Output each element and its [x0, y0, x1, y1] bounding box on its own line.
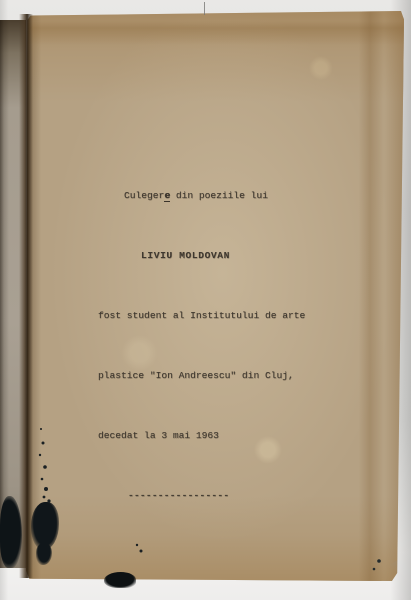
scratch-mark [204, 2, 205, 15]
typed-line-2-name: LIVIU MOLDOVAN [141, 246, 305, 266]
typed-line-4: plastice "Ion Andreescu" din Cluj, [98, 366, 305, 386]
worn-corner-patch [381, 546, 411, 588]
book-photo: Culegere din poeziile lui LIVIU MOLDOVAN… [0, 0, 411, 600]
typed-line-1: Culegere din poeziile lui [124, 186, 305, 206]
typed-line-3: fost student al Institutului de arte [98, 306, 305, 326]
typed-divider-line: ----------------- [128, 486, 305, 506]
book-gutter-crease [19, 14, 33, 578]
typed-dedication-block: Culegere din poeziile lui LIVIU MOLDOVAN… [98, 146, 305, 546]
line1-suffix: din poeziile lui [170, 190, 268, 201]
typed-line-5: decedat la 3 mai 1963 [98, 426, 305, 446]
ink-stain-bottom-edge [104, 572, 136, 588]
line1-prefix: Culeger [124, 190, 164, 201]
ink-speck-trail [40, 428, 42, 430]
